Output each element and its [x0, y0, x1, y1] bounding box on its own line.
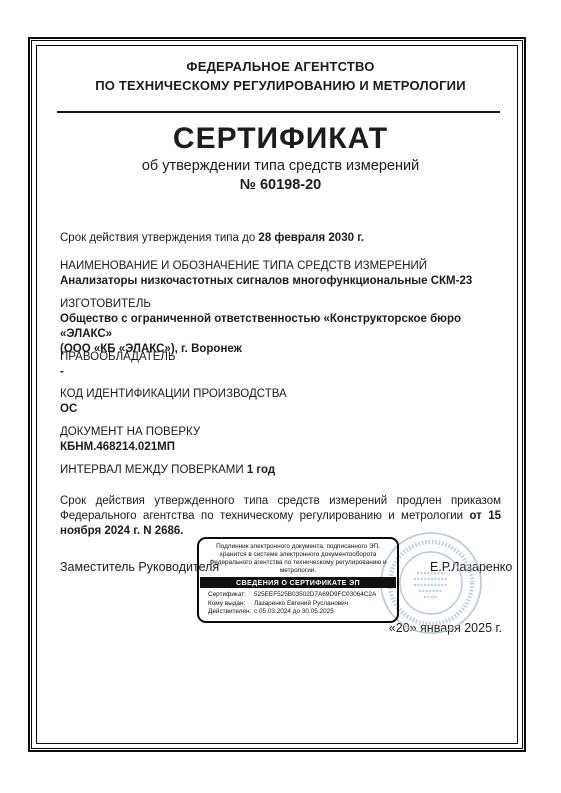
verification-doc-label: ДОКУМЕНТ НА ПОВЕРКУ — [60, 425, 501, 440]
production-code-label: КОД ИДЕНТИФИКАЦИИ ПРОИЗВОДСТВА — [60, 387, 501, 402]
interval-line: ИНТЕРВАЛ МЕЖДУ ПОВЕРКАМИ 1 год — [60, 463, 501, 478]
esign-cert-value: 525EEF525B03502D7A69D9FC03064C2A — [254, 591, 376, 600]
esign-issued-label: Кому выдан: — [208, 600, 254, 609]
production-code-value: ОС — [60, 402, 501, 417]
name-value: Анализаторы низкочастотных сигналов мног… — [60, 274, 501, 289]
certificate-page: ФЕДЕРАЛЬНОЕ АГЕНТСТВО ПО ТЕХНИЧЕСКОМУ РЕ… — [0, 0, 561, 793]
signer-position: Заместитель Руководителя — [60, 560, 219, 574]
name-label: НАИМЕНОВАНИЕ И ОБОЗНАЧЕНИЕ ТИПА СРЕДСТВ … — [60, 259, 501, 274]
manufacturer-section: ИЗГОТОВИТЕЛЬ Общество с ограниченной отв… — [60, 297, 501, 357]
esign-issued-value: Лазаренко Евгений Русланович — [254, 600, 348, 609]
esign-info-box: Подлинник электронного документа, подпис… — [197, 537, 399, 623]
verification-doc-value: КБНМ.468214.021МП — [60, 440, 501, 455]
validity-line: Срок действия утверждения типа до 28 фев… — [60, 231, 501, 246]
rightholder-section: ПРАВООБЛАДАТЕЛЬ - — [60, 350, 501, 380]
production-code-section: КОД ИДЕНТИФИКАЦИИ ПРОИЗВОДСТВА ОС — [60, 387, 501, 417]
esign-issued-row: Кому выдан: Лазаренко Евгений Русланович — [208, 600, 397, 609]
agency-line1: ФЕДЕРАЛЬНОЕ АГЕНТСТВО — [0, 57, 561, 76]
esign-details: Сертификат: 525EEF525B03502D7A69D9FC0306… — [199, 591, 397, 617]
document-title: СЕРТИФИКАТ — [0, 122, 561, 156]
extension-label: Срок действия утвержденного типа средств… — [60, 495, 501, 522]
esign-bar-title: СВЕДЕНИЯ О СЕРТИФИКАТЕ ЭП — [200, 577, 396, 588]
esign-cert-label: Сертификат: — [208, 591, 254, 600]
esign-valid-value: с 05.03.2024 до 30.05.2025 — [254, 608, 334, 617]
manufacturer-label: ИЗГОТОВИТЕЛЬ — [60, 297, 501, 312]
name-section: НАИМЕНОВАНИЕ И ОБОЗНАЧЕНИЕ ТИПА СРЕДСТВ … — [60, 259, 501, 289]
header-divider — [57, 111, 500, 113]
validity-value: 28 февраля 2030 г. — [258, 232, 364, 244]
certificate-number: № 60198-20 — [0, 177, 561, 193]
interval-label: ИНТЕРВАЛ МЕЖДУ ПОВЕРКАМИ — [60, 464, 247, 476]
esign-valid-row: Действителен: с 05.03.2024 до 30.05.2025 — [208, 608, 397, 617]
agency-name: ФЕДЕРАЛЬНОЕ АГЕНТСТВО ПО ТЕХНИЧЕСКОМУ РЕ… — [0, 57, 561, 95]
interval-value: 1 год — [247, 464, 275, 476]
document-subtitle: об утверждении типа средств измерений — [0, 158, 561, 174]
esign-cert-row: Сертификат: 525EEF525B03502D7A69D9FC0306… — [208, 591, 397, 600]
agency-line2: ПО ТЕХНИЧЕСКОМУ РЕГУЛИРОВАНИЮ И МЕТРОЛОГ… — [0, 76, 561, 95]
rightholder-value: - — [60, 365, 501, 380]
manufacturer-value-line1: Общество с ограниченной ответственностью… — [60, 312, 501, 342]
esign-description: Подлинник электронного документа, подпис… — [199, 543, 397, 575]
validity-label: Срок действия утверждения типа до — [60, 232, 258, 244]
verification-doc-section: ДОКУМЕНТ НА ПОВЕРКУ КБНМ.468214.021МП — [60, 425, 501, 455]
rightholder-label: ПРАВООБЛАДАТЕЛЬ — [60, 350, 501, 365]
esign-valid-label: Действителен: — [208, 608, 254, 617]
